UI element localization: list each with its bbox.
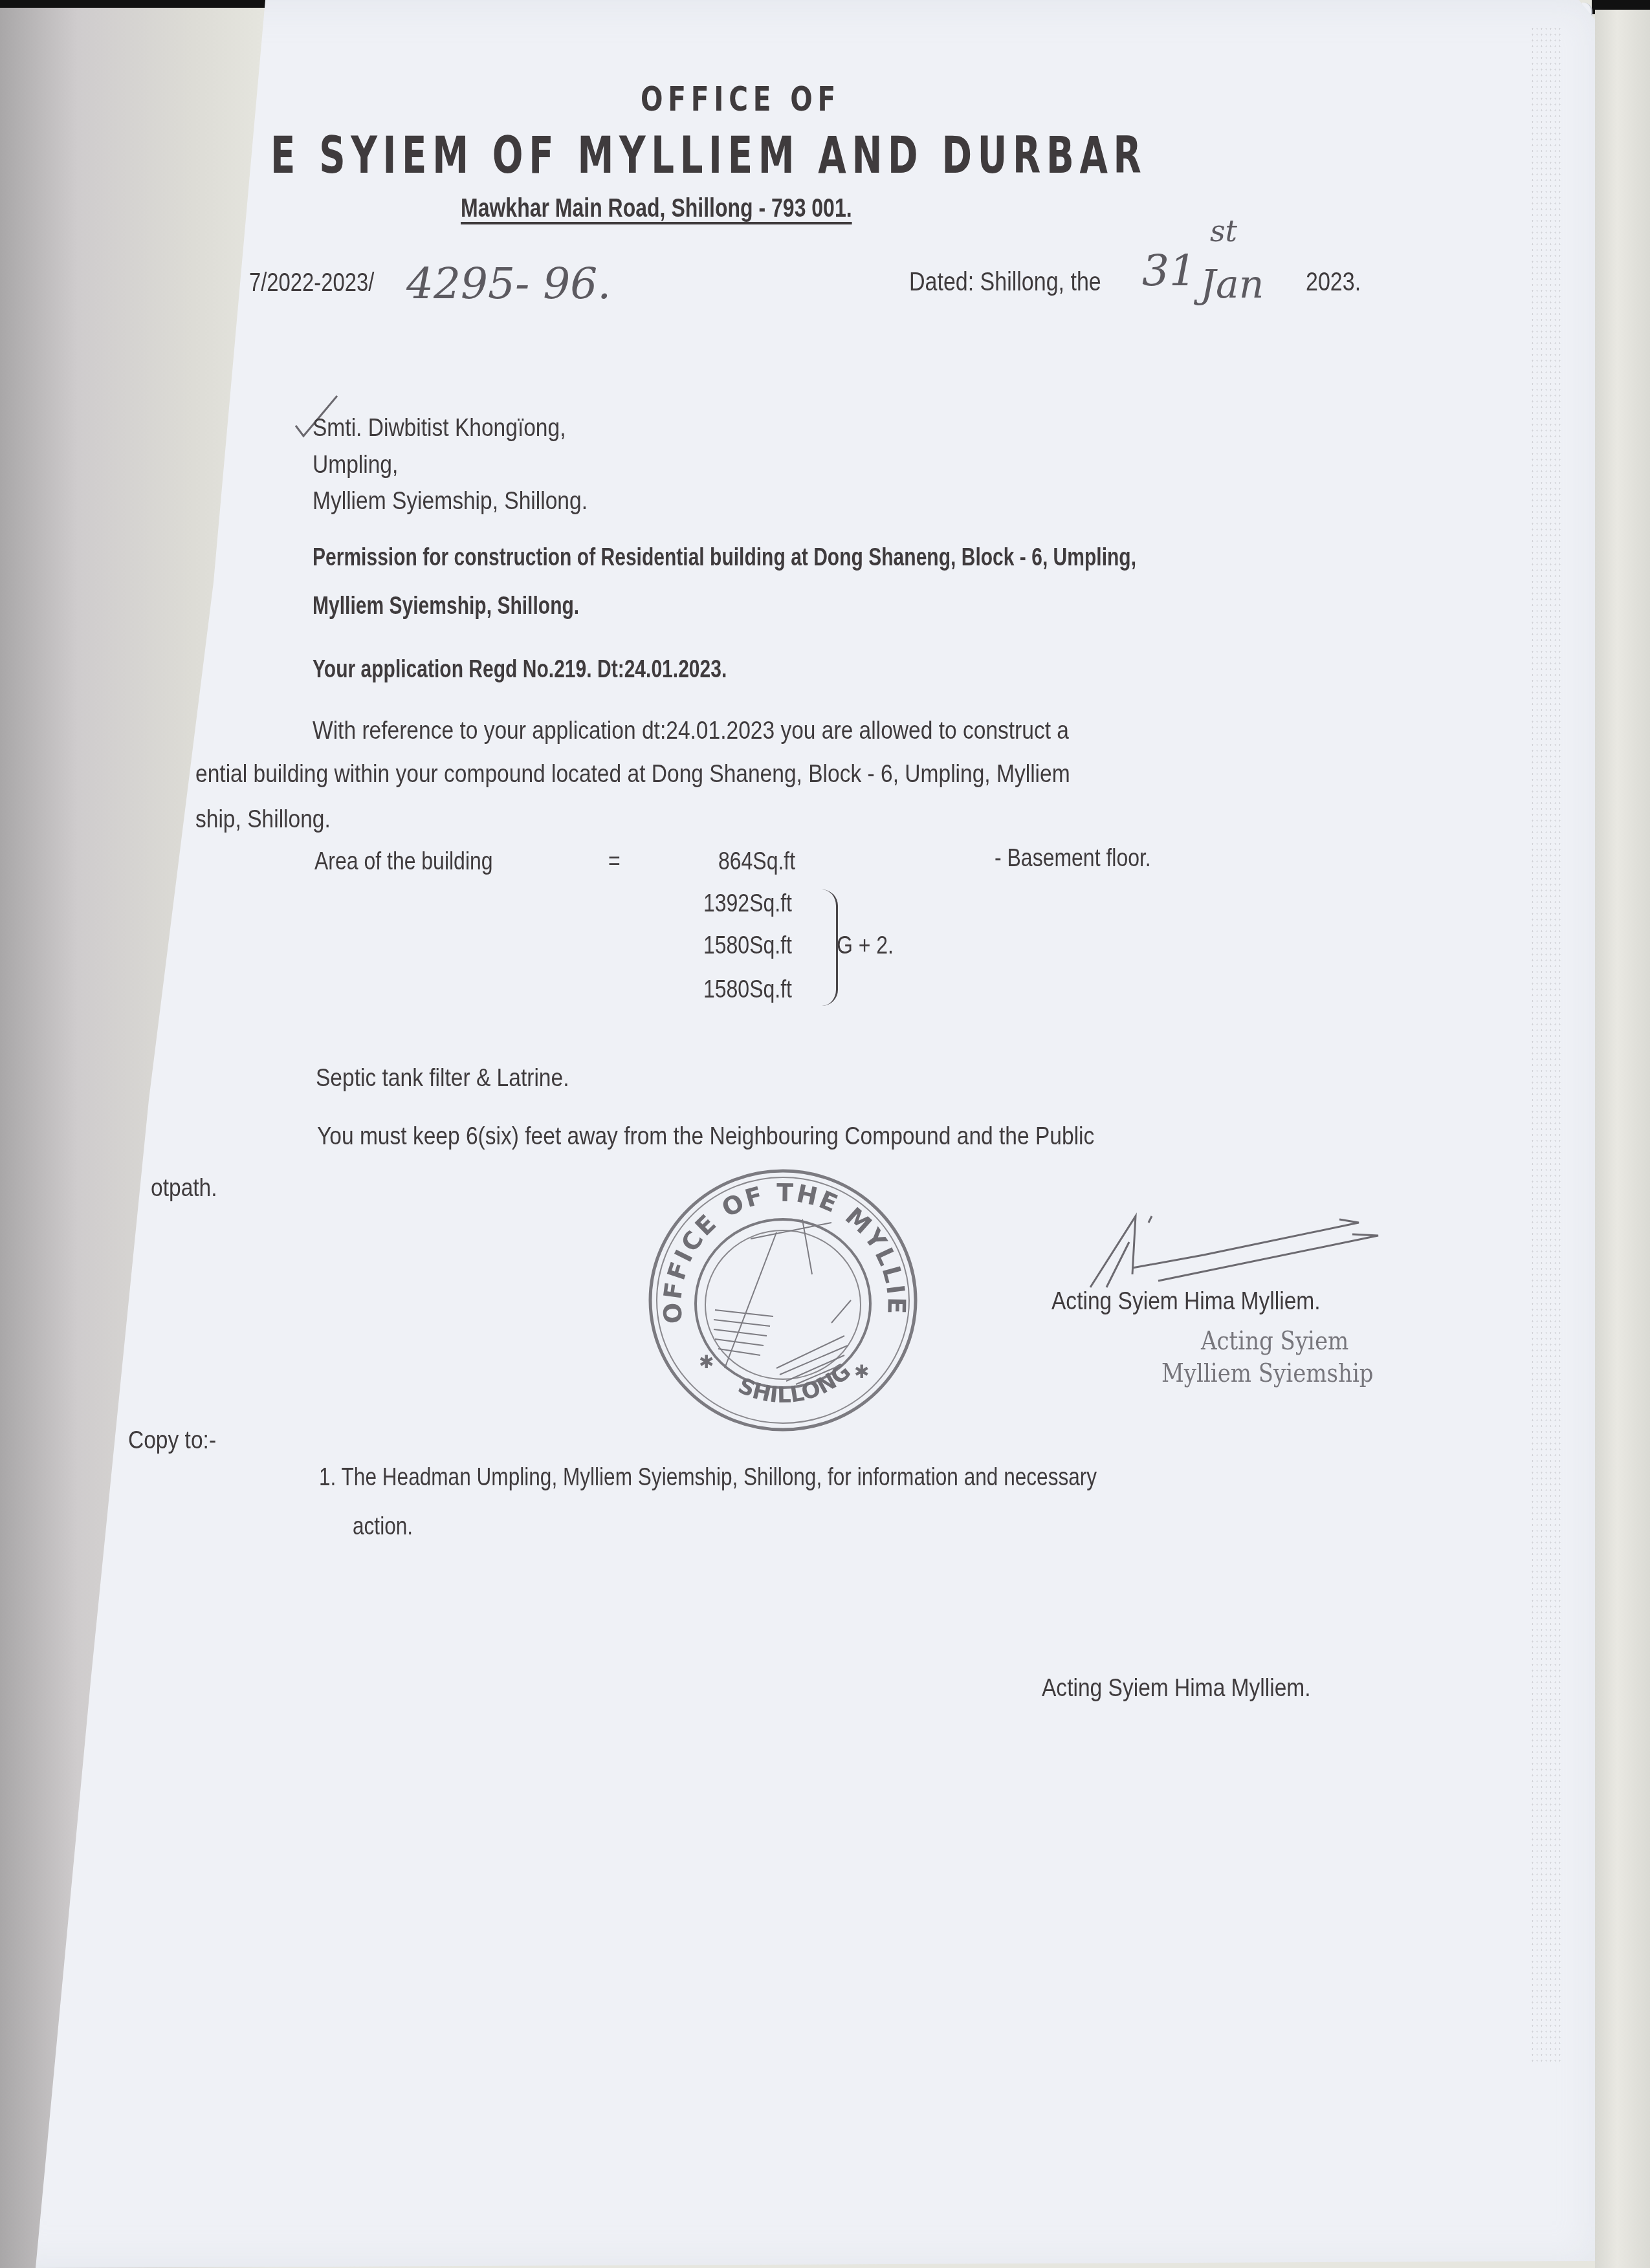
addressee-name: Smti. Diwbitist Khongïong,	[313, 414, 566, 442]
area-floor-2-value: 1580Sq.ft	[703, 932, 792, 960]
date-year: 2023.	[1306, 268, 1361, 297]
area-equals: =	[608, 847, 621, 876]
subject-line-1: Permission for construction of Residenti…	[313, 543, 1136, 572]
seal-star-right-icon: ✱	[854, 1361, 869, 1382]
letterhead-office-of: OFFICE OF	[641, 80, 841, 119]
scanner-bed-right	[1595, 10, 1650, 2268]
area-floor-1-value: 1392Sq.ft	[703, 889, 792, 918]
date-handwritten-suffix: st	[1210, 213, 1237, 248]
handwritten-signature	[1087, 1203, 1398, 1300]
body-line-3: ship, Shillong.	[195, 805, 331, 834]
reference-prefix: 7/2022-2023/	[249, 268, 374, 298]
addressee-region: Mylliem Syiemship, Shillong.	[313, 487, 588, 516]
setback-line-1: You must keep 6(six) feet away from the …	[317, 1122, 1094, 1151]
date-handwritten-month: Jan	[1200, 262, 1264, 307]
signatory-printed-name: Acting Syiem Hima Mylliem.	[1051, 1287, 1321, 1316]
body-line-1: With reference to your application dt:24…	[313, 717, 1069, 745]
subject-line-2: Mylliem Syiemship, Shillong.	[313, 592, 579, 620]
toner-dot-band	[1530, 26, 1563, 2064]
setback-line-2: otpath.	[151, 1174, 217, 1203]
footer-signatory: Acting Syiem Hima Mylliem.	[1042, 1674, 1311, 1703]
copy-to-item-1-line-2: action.	[353, 1512, 413, 1541]
seal-emblem-icon	[714, 1219, 851, 1384]
dated-label: Dated: Shillong, the	[909, 268, 1101, 297]
area-basement-note: - Basement floor.	[995, 844, 1151, 873]
copy-to-label: Copy to:-	[128, 1426, 216, 1455]
area-label: Area of the building	[314, 847, 493, 876]
scanner-top-edge	[0, 0, 272, 8]
signatory-stamp-line-1: Acting Syiem	[1201, 1326, 1348, 1356]
area-group-label: G + 2.	[837, 932, 894, 960]
official-seal-stamp: OFFICE OF THE MYLLIEM SYIEMSHIP SHILLONG…	[637, 1161, 929, 1439]
brace-icon	[822, 889, 838, 1006]
copy-to-item-1-line-1: 1. The Headman Umpling, Mylliem Syiemshi…	[319, 1463, 1097, 1492]
letterhead-address: Mawkhar Main Road, Shillong - 793 001.	[461, 194, 852, 223]
septic-line: Septic tank filter & Latrine.	[316, 1064, 569, 1093]
seal-star-left-icon: ✱	[699, 1351, 714, 1373]
body-line-2: ential building within your compound loc…	[195, 760, 1070, 789]
addressee-locality: Umpling,	[313, 451, 398, 479]
area-floor-3-value: 1580Sq.ft	[703, 976, 792, 1004]
date-handwritten-day: 31	[1142, 246, 1196, 296]
document-page: OFFICE OF E SYIEM OF MYLLIEM AND DURBAR …	[0, 0, 1598, 2268]
area-basement-value: 864Sq.ft	[718, 847, 795, 876]
signatory-stamp-line-2: Mylliem Syiemship	[1161, 1358, 1374, 1388]
application-reference: Your application Regd No.219. Dt:24.01.2…	[313, 655, 727, 684]
letterhead-title: E SYIEM OF MYLLIEM AND DURBAR	[270, 127, 1147, 185]
reference-handwritten-number: 4295- 96.	[406, 259, 611, 309]
